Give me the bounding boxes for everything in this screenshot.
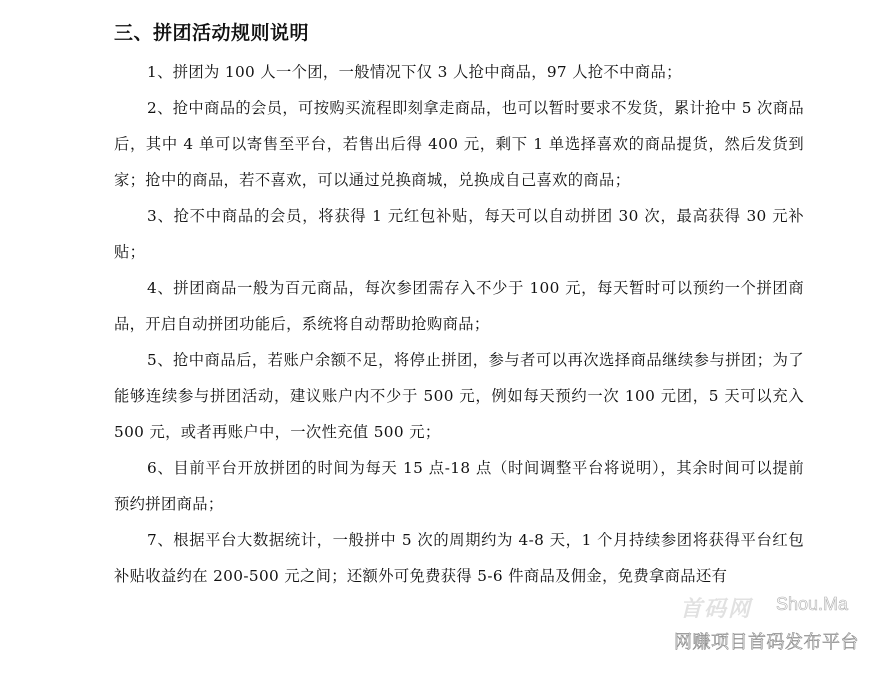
- watermark-slogan: 网赚项目首码发布平台: [674, 628, 859, 654]
- rule-paragraph-4: 4、拼团商品一般为百元商品，每次参团需存入不少于 100 元，每天暂时可以预约一…: [114, 270, 804, 342]
- rule-paragraph-6: 6、目前平台开放拼团的时间为每天 15 点-18 点（时间调整平台将说明），其余…: [114, 450, 804, 522]
- watermark: 首码网 Shou.Ma 网赚项目首码发布平台: [680, 592, 880, 662]
- rule-paragraph-7: 7、根据平台大数据统计，一般拼中 5 次的周期约为 4-8 天，1 个月持续参团…: [114, 522, 804, 594]
- rule-paragraph-2: 2、抢中商品的会员，可按购买流程即刻拿走商品，也可以暂时要求不发货，累计抢中 5…: [114, 90, 804, 198]
- document-page: 三、拼团活动规则说明 1、拼团为 100 人一个团，一般情况下仅 3 人抢中商品…: [114, 18, 804, 594]
- rule-paragraph-3: 3、抢不中商品的会员，将获得 1 元红包补贴，每天可以自动拼团 30 次，最高获…: [114, 198, 804, 270]
- watermark-domain: Shou.Ma: [776, 594, 848, 615]
- rule-paragraph-1: 1、拼团为 100 人一个团，一般情况下仅 3 人抢中商品，97 人抢不中商品；: [114, 54, 804, 90]
- watermark-logo: 首码网: [680, 592, 752, 623]
- section-heading: 三、拼团活动规则说明: [114, 18, 804, 48]
- rule-paragraph-5: 5、抢中商品后，若账户余额不足，将停止拼团，参与者可以再次选择商品继续参与拼团；…: [114, 342, 804, 450]
